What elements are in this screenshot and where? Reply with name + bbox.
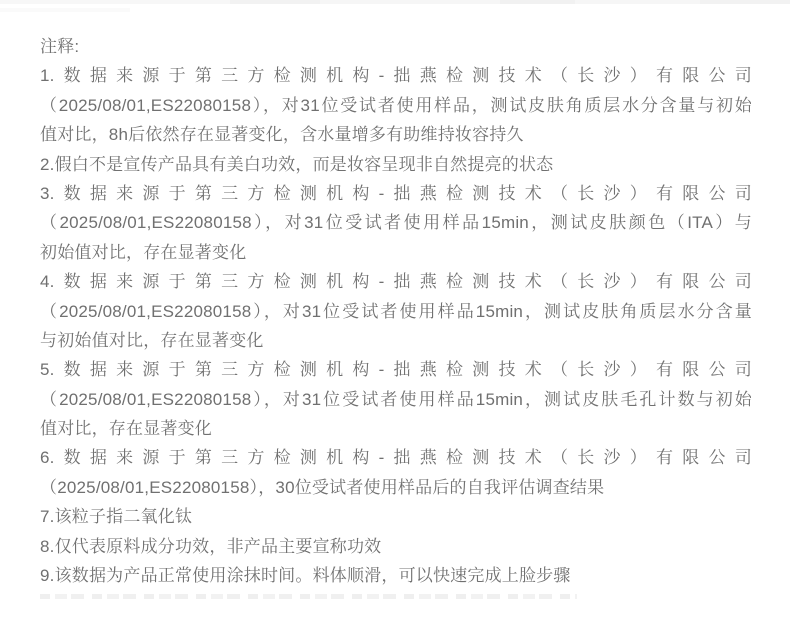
note-4-line-2: （2025/08/01,ES22080158），对31位受试者使用样品15min… <box>40 297 752 326</box>
note-1-line-3: 值对比，8h后依然存在显著变化，含水量增多有助维持妆容持久 <box>40 120 752 149</box>
note-2-line-1: 2.假白不是宣传产品具有美白功效，而是妆容呈现非自然提亮的状态 <box>40 150 752 179</box>
note-9-line-1: 9.该数据为产品正常使用涂抹时间。料体顺滑，可以快速完成上脸步骤 <box>40 561 752 590</box>
note-5-line-2: （2025/08/01,ES22080158），对31位受试者使用样品15min… <box>40 385 752 414</box>
note-6-line-1: 6.数据来源于第三方检测机构-拙燕检测技术（长沙）有限公司 <box>40 443 752 472</box>
note-4-line-3: 与初始值对比，存在显著变化 <box>40 326 752 355</box>
annotation-document: 注释: 1.数据来源于第三方检测机构-拙燕检测技术（长沙）有限公司 （2025/… <box>0 0 790 590</box>
note-8-line-1: 8.仅代表原料成分功效，非产品主要宣称功效 <box>40 532 752 561</box>
note-1-line-2: （2025/08/01,ES22080158），对31位受试者使用样品，测试皮肤… <box>40 91 752 120</box>
note-5-line-1: 5.数据来源于第三方检测机构-拙燕检测技术（长沙）有限公司 <box>40 355 752 384</box>
note-3-line-3: 初始值对比，存在显著变化 <box>40 238 752 267</box>
note-6-line-2: （2025/08/01,ES22080158），30位受试者使用样品后的自我评估… <box>40 473 752 502</box>
note-5-line-3: 值对比，存在显著变化 <box>40 414 752 443</box>
note-7-line-1: 7.该粒子指二氧化钛 <box>40 502 752 531</box>
note-3-line-2: （2025/08/01,ES22080158），对31位受试者使用样品15min… <box>40 208 752 237</box>
cutoff-text-bottom-remnant <box>40 594 577 599</box>
note-1-line-1: 1.数据来源于第三方检测机构-拙燕检测技术（长沙）有限公司 <box>40 61 752 90</box>
note-3-line-1: 3.数据来源于第三方检测机构-拙燕检测技术（长沙）有限公司 <box>40 179 752 208</box>
note-4-line-1: 4.数据来源于第三方检测机构-拙燕检测技术（长沙）有限公司 <box>40 267 752 296</box>
notes-heading: 注释: <box>40 32 752 61</box>
annotation-page: 注释: 1.数据来源于第三方检测机构-拙燕检测技术（长沙）有限公司 （2025/… <box>0 0 790 634</box>
